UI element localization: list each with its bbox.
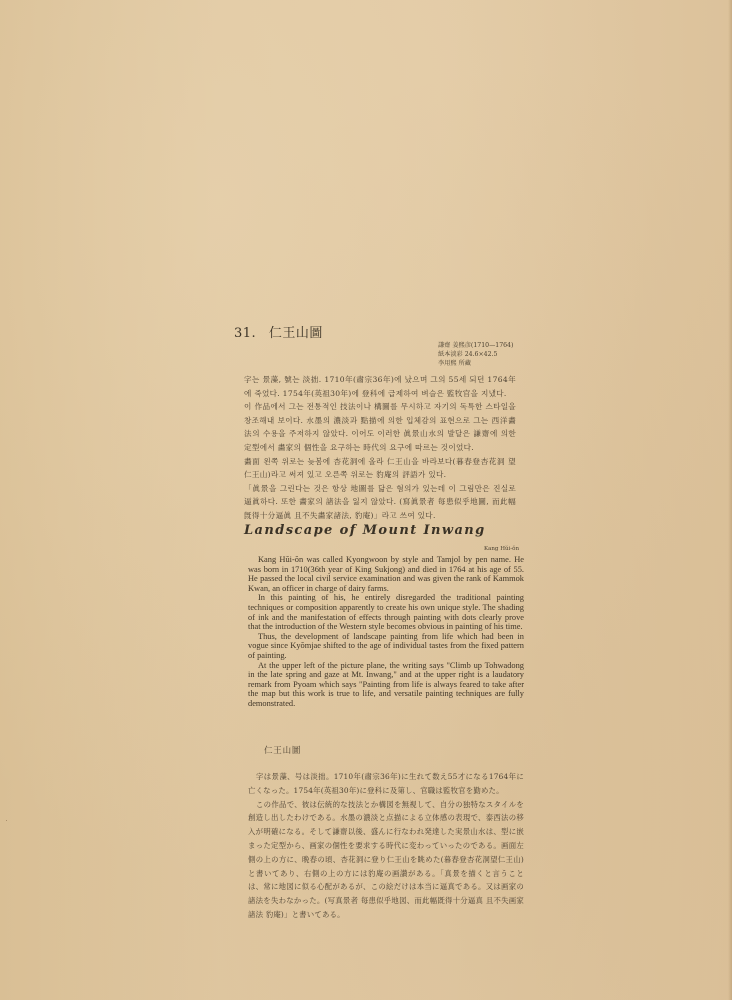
japanese-paragraph: この作品で、彼は伝統的な技法とか構図を無視して、自分の独特なスタイルを創造し出し…: [248, 798, 524, 922]
korean-paragraph: 字는 景藻, 號는 淡拙. 1710年(肅宗36年)에 났으며 그의 55세 되…: [244, 373, 516, 400]
english-title: Landscape of Mount Inwang: [244, 523, 486, 538]
english-author: Kang Hŭi-ŏn: [484, 546, 519, 552]
entry-number: 31.: [234, 326, 256, 341]
japanese-title: 仁王山圖: [264, 744, 301, 756]
entry-title: 仁王山圖: [269, 326, 323, 341]
entry-heading: 31. 仁王山圖: [234, 322, 323, 341]
korean-paragraph: 「眞景을 그린다는 것은 항상 地圖를 닮은 혐의가 있는데 이 그림만은 진실…: [244, 482, 516, 523]
english-paragraph: At the upper left of the picture plane, …: [248, 661, 524, 709]
english-paragraph: In this painting of his, he entirely dis…: [248, 593, 524, 631]
credit-artist: 謙齋 姜熙彦(1710—1764): [438, 341, 513, 350]
english-paragraph: Kang Hŭi-ŏn was called Kyongwoon by styl…: [248, 555, 524, 593]
japanese-paragraph: 字は景藻、号は淡拙。1710年(肅宗36年)に生れて数え55才になる1764年に…: [248, 770, 524, 798]
credit-collection: 李用熙 所藏: [438, 359, 513, 368]
korean-paragraph: 畵面 왼쪽 위로는 늦봄에 杏花洞에 올라 仁王山을 바라보다(暮春登杏花洞 望…: [244, 455, 516, 482]
artwork-credits: 謙齋 姜熙彦(1710—1764) 紙本淡彩 24.6×42.5 李用熙 所藏: [438, 341, 513, 369]
korean-description: 字는 景藻, 號는 淡拙. 1710年(肅宗36年)에 났으며 그의 55세 되…: [244, 373, 516, 523]
korean-paragraph: 이 作品에서 그는 전통적인 技法이나 構圖를 무시하고 자기의 독특한 스타일…: [244, 400, 516, 454]
page-edge: [728, 0, 732, 1000]
japanese-description: 字は景藻、号は淡拙。1710年(肅宗36年)に生れて数え55才になる1764年に…: [248, 770, 524, 922]
paper-speck: [6, 820, 7, 821]
english-description: Kang Hŭi-ŏn was called Kyongwoon by styl…: [248, 555, 524, 709]
credit-medium-size: 紙本淡彩 24.6×42.5: [438, 350, 513, 359]
english-paragraph: Thus, the development of landscape paint…: [248, 632, 524, 661]
